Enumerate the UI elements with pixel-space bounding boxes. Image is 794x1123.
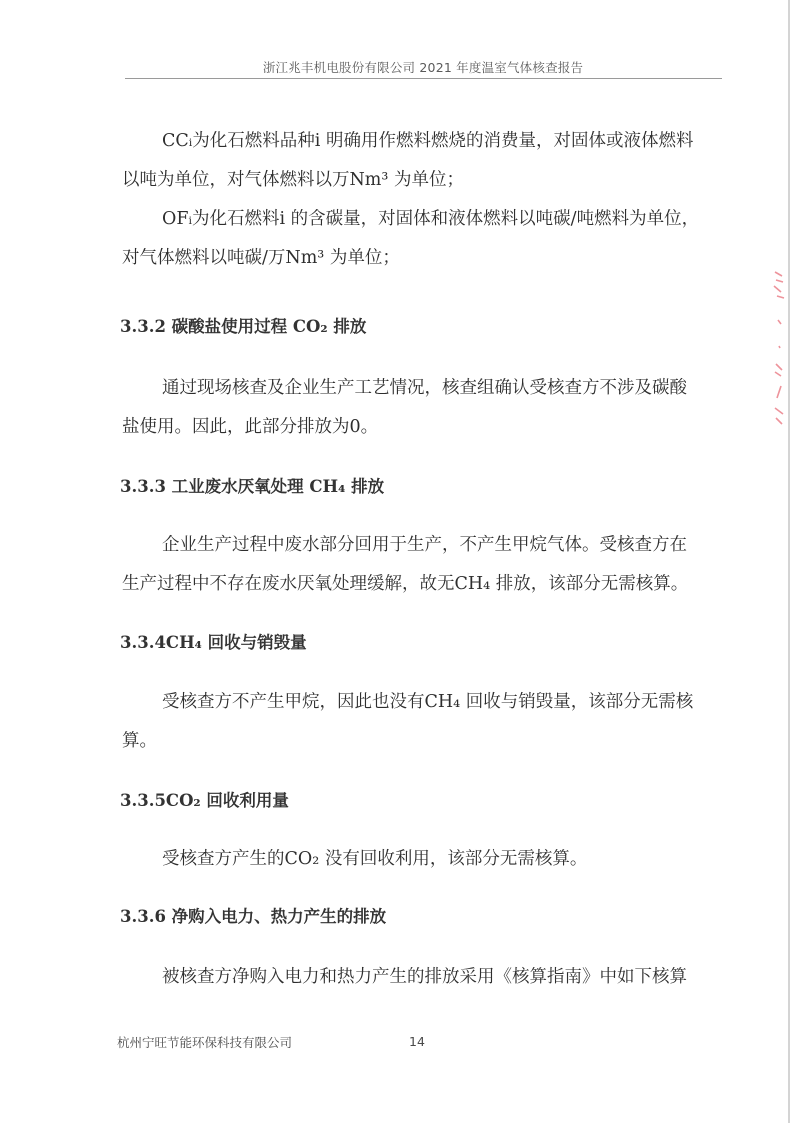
paragraph-of-definition: OFᵢ为化石燃料i 的含碳量，对固体和液体燃料以吨碳/吨燃料为单位， 对气体燃料…: [122, 200, 722, 278]
text-line: CCᵢ为化石燃料品种i 明确用作燃料燃烧的消费量，对固体或液体燃料: [162, 131, 693, 151]
footer-company-name: 杭州宁旺节能环保科技有限公司: [117, 1033, 292, 1051]
text-line: 以吨为单位，对气体燃料以万Nm³ 为单位；: [122, 161, 722, 200]
report-header-title: 浙江兆丰机电股份有限公司 2021 年度温室气体核查报告: [0, 58, 794, 76]
text-line: 盐使用。因此，此部分排放为0。: [122, 408, 722, 447]
text-line: 受核查方不产生甲烷，因此也没有CH₄ 回收与销毁量，该部分无需核: [162, 692, 693, 712]
text-line: 对气体燃料以吨碳/万Nm³ 为单位；: [122, 239, 722, 278]
text-line: OFᵢ为化石燃料i 的含碳量，对固体和液体燃料以吨碳/吨燃料为单位，: [162, 209, 699, 229]
seal-stamp-fragment-icon: [772, 268, 786, 428]
text-line: 企业生产过程中废水部分回用于生产，不产生甲烷气体。受核查方在: [162, 535, 687, 555]
paragraph-section-3-3-6: 被核查方净购入电力和热力产生的排放采用《核算指南》中如下核算: [122, 958, 722, 997]
section-heading-3-3-4: 3.3.4CH₄ 回收与销毁量: [120, 629, 307, 653]
section-heading-3-3-2: 3.3.2 碳酸盐使用过程 CO₂ 排放: [120, 313, 366, 337]
text-line: 生产过程中不存在废水厌氧处理缓解，故无CH₄ 排放，该部分无需核算。: [122, 565, 722, 604]
section-heading-3-3-6: 3.3.6 净购入电力、热力产生的排放: [120, 903, 386, 927]
section-heading-3-3-5: 3.3.5CO₂ 回收利用量: [120, 787, 289, 811]
text-line: 通过现场核查及企业生产工艺情况，核查组确认受核查方不涉及碳酸: [162, 378, 687, 398]
header-divider: [125, 78, 722, 79]
text-line: 被核查方净购入电力和热力产生的排放采用《核算指南》中如下核算: [162, 967, 687, 987]
text-line: 算。: [122, 722, 722, 761]
paragraph-section-3-3-2: 通过现场核查及企业生产工艺情况，核查组确认受核查方不涉及碳酸 盐使用。因此，此部…: [122, 369, 722, 447]
text-line: 受核查方产生的CO₂ 没有回收利用，该部分无需核算。: [162, 849, 587, 869]
paragraph-section-3-3-5: 受核查方产生的CO₂ 没有回收利用，该部分无需核算。: [122, 840, 722, 879]
page-edge-line: [788, 0, 790, 1123]
paragraph-section-3-3-4: 受核查方不产生甲烷，因此也没有CH₄ 回收与销毁量，该部分无需核 算。: [122, 683, 722, 761]
paragraph-cc-definition: CCᵢ为化石燃料品种i 明确用作燃料燃烧的消费量，对固体或液体燃料 以吨为单位，…: [122, 122, 722, 200]
section-heading-3-3-3: 3.3.3 工业废水厌氧处理 CH₄ 排放: [120, 473, 384, 497]
page-number: 14: [409, 1034, 425, 1049]
paragraph-section-3-3-3: 企业生产过程中废水部分回用于生产，不产生甲烷气体。受核查方在 生产过程中不存在废…: [122, 526, 722, 604]
